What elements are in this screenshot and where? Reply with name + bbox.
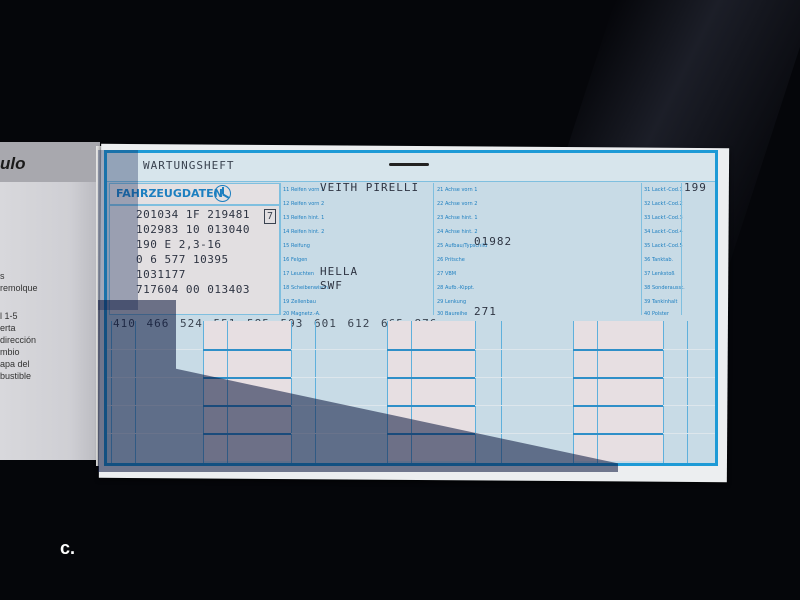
field-label: 26 Pritsche — [437, 257, 465, 263]
field-label: 14 Reifen hint. 2 — [283, 229, 324, 235]
field-label: 28 Aufb.-Kippt. — [437, 285, 474, 291]
field-label: 11 Reifen vorn 1 — [283, 187, 324, 193]
field-label: 27 VBM — [437, 271, 456, 277]
field-label: 37 Lenkstoß — [644, 271, 675, 277]
vehicle-data-line: 1031177 — [136, 268, 186, 281]
column-values-right: 199 — [681, 183, 716, 315]
checkbox-field: 7 — [264, 209, 276, 224]
wiper-brand-value: SWF — [320, 279, 343, 292]
field-label: 17 Leuchten — [283, 271, 314, 277]
field-label: 32 Lackf.-Cod.2 — [644, 201, 683, 207]
vehicle-data-line: 0 6 577 10395 — [136, 253, 229, 266]
title-strip: WARTUNGSHEFT — [107, 153, 715, 182]
mercedes-star-icon — [214, 185, 231, 202]
manual-text-line: mbio — [0, 346, 20, 358]
manual-text-line: remolque — [0, 282, 38, 294]
field-label: 40 Polster — [644, 311, 669, 317]
staple-icon — [389, 163, 429, 166]
manual-text-line: s — [0, 270, 5, 282]
photo-caption: c. — [60, 538, 75, 559]
field-label: 24 Achse hint. 2 — [437, 229, 478, 235]
series-value: 271 — [474, 305, 497, 318]
field-label: 16 Felgen — [283, 257, 307, 263]
manual-text-line: bustible — [0, 370, 31, 382]
field-label: 33 Lackf.-Cod.3 — [644, 215, 683, 221]
field-label: 23 Achse hint. 1 — [437, 215, 478, 221]
field-label: 19 Zellenbau — [283, 299, 316, 305]
field-label: 13 Reifen hint. 1 — [283, 215, 324, 221]
manual-text-line: l 1-5 — [0, 310, 18, 322]
vehicle-data-line: 201034 1F 219481 — [136, 208, 250, 221]
manual-text-line: dirección — [0, 334, 36, 346]
field-label: 29 Lenkung — [437, 299, 466, 305]
field-label: 34 Lackf.-Cod.4 — [644, 229, 683, 235]
vehicle-data-line: 102983 10 013040 — [136, 223, 250, 236]
field-label: 35 Lackf.-Cod.5 — [644, 243, 683, 249]
tire-brand-value: VEITH PIRELLI — [320, 181, 419, 194]
shadow-overlay — [98, 150, 138, 310]
manual-text-line: apa del — [0, 358, 30, 370]
page-heading-bar: ulo — [0, 142, 100, 182]
vehicle-data-line: 190 E 2,3-16 — [136, 238, 221, 251]
field-label: 30 Baureihe — [437, 311, 467, 317]
grid-cell-block — [573, 321, 663, 461]
manual-text-line: erta — [0, 322, 16, 334]
column-tires-lights: 11 Reifen vorn 1 12 Reifen vorn 2 13 Rei… — [279, 183, 434, 315]
field-label: 38 Sonderausst. — [644, 285, 685, 291]
field-label: 22 Achse vorn 2 — [437, 201, 477, 207]
left-manual-page: ulo s remolque l 1-5 erta dirección mbio… — [0, 142, 100, 460]
field-label: 31 Lackf.-Cod.1 — [644, 187, 683, 193]
field-label: 36 Tanktab. — [644, 257, 673, 263]
field-label: 21 Achse vorn 1 — [437, 187, 477, 193]
column-axles: 21 Achse vorn 1 22 Achse vorn 2 23 Achse… — [433, 183, 642, 315]
body-code-value: 01982 — [474, 235, 512, 248]
lights-brand-value: HELLA — [320, 265, 358, 278]
field-label: 39 Tankinhalt — [644, 299, 677, 305]
field-label: 12 Reifen vorn 2 — [283, 201, 324, 207]
booklet-title: WARTUNGSHEFT — [143, 159, 234, 172]
vehicle-data-line: 717604 00 013403 — [136, 283, 250, 296]
page-heading: ulo — [0, 154, 26, 174]
column-paint-codes: 31 Lackf.-Cod.1 32 Lackf.-Cod.2 33 Lackf… — [641, 183, 682, 315]
field-label: 15 Reifung — [283, 243, 310, 249]
year-value: 199 — [684, 181, 707, 194]
